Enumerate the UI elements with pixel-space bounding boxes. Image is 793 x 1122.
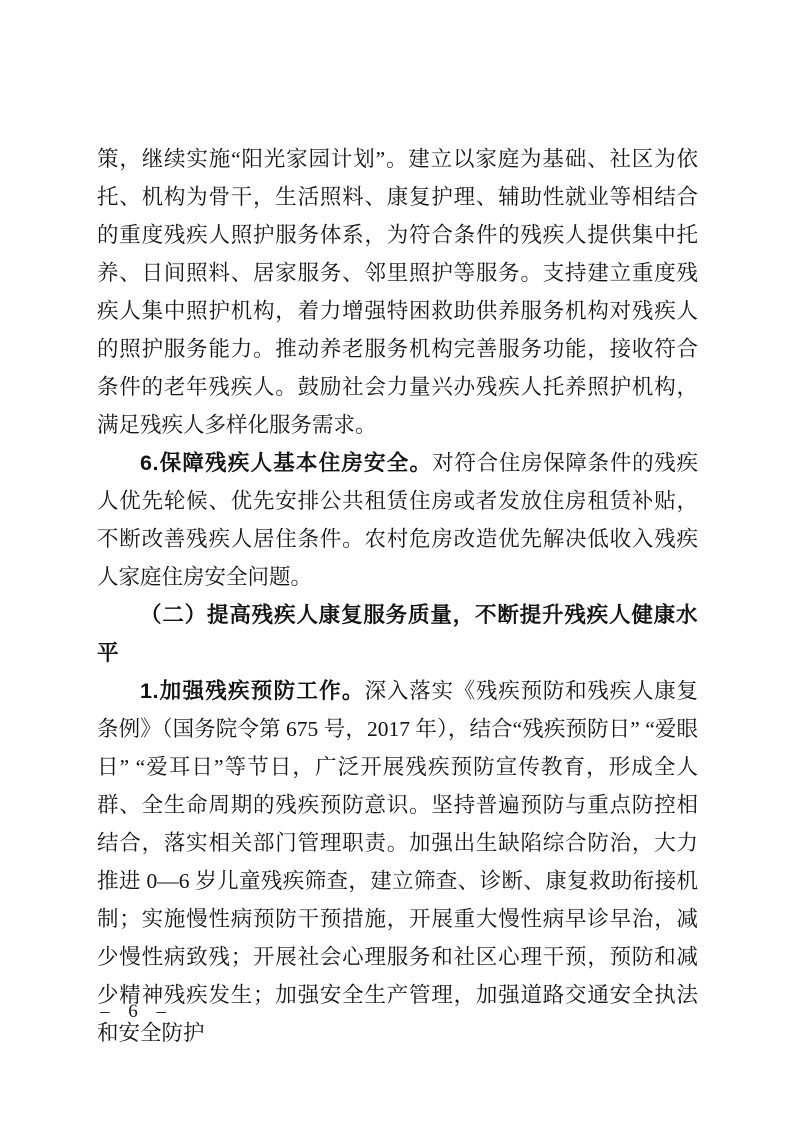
- section-heading-text: （二）提高残疾人康复服务质量，不断提升残疾人健康水平: [97, 603, 698, 665]
- paragraph-lead-bold: 1.加强残疾预防工作。: [140, 679, 365, 703]
- document-body: 策，继续实施“阳光家园计划”。建立以家庭为基础、社区为依托、机构为骨干，生活照料…: [97, 140, 698, 1052]
- paragraph-item-6: 6.保障残疾人基本住房安全。对符合住房保障条件的残疾人优先轮候、优先安排公共租赁…: [97, 444, 698, 596]
- paragraph-continuation: 策，继续实施“阳光家园计划”。建立以家庭为基础、社区为依托、机构为骨干，生活照料…: [97, 140, 698, 444]
- page-number: – 6 –: [100, 998, 173, 1026]
- paragraph-lead-bold: 6.保障残疾人基本住房安全。: [140, 451, 432, 475]
- paragraph-item-1: 1.加强残疾预防工作。深入落实《残疾预防和残疾人康复条例》（国务院令第 675 …: [97, 672, 698, 1052]
- section-heading: （二）提高残疾人康复服务质量，不断提升残疾人健康水平: [97, 596, 698, 672]
- paragraph-text: 策，继续实施“阳光家园计划”。建立以家庭为基础、社区为依托、机构为骨干，生活照料…: [97, 147, 698, 437]
- document-page: 策，继续实施“阳光家园计划”。建立以家庭为基础、社区为依托、机构为骨干，生活照料…: [0, 0, 793, 1122]
- paragraph-text: 深入落实《残疾预防和残疾人康复条例》（国务院令第 675 号，2017 年），结…: [97, 679, 698, 1045]
